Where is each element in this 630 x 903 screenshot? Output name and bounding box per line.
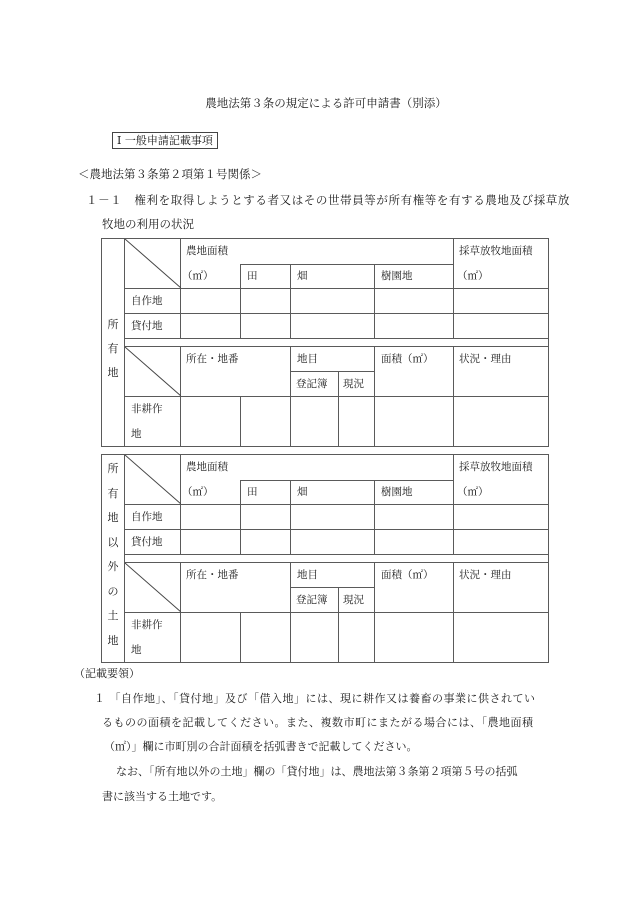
row-label-leased-out: 貸付地 bbox=[131, 537, 163, 548]
diagonal-slash-icon bbox=[125, 347, 181, 397]
subsection-heading: ＜農地法第３条第２項第１号関係＞ bbox=[78, 169, 262, 181]
header-status-reason: 状況・理由 bbox=[459, 570, 512, 581]
header-registry: 登記簿 bbox=[296, 595, 328, 606]
note-1-line-1: １ 「自作地」、「貸付地」及び「借入地」には、現に耕作又は養畜の事業に供されてい bbox=[94, 693, 536, 704]
row-label-self-cultivated: 自作地 bbox=[131, 512, 163, 523]
header-upland-field: 畑 bbox=[297, 271, 308, 282]
note-1-line-3: （㎡）」欄に市町別の合計面積を括弧書きで記載してください。 bbox=[104, 741, 418, 752]
header-pasture-area: 採草放牧地面積 bbox=[459, 246, 533, 257]
row-label-self-cultivated: 自作地 bbox=[131, 296, 163, 307]
header-pasture-unit: （㎡） bbox=[457, 487, 489, 498]
header-status-reason: 状況・理由 bbox=[459, 354, 512, 365]
owned-land-table: 所 有 地 農地面積 （㎡） 田 畑 樹園地 採草放牧地面積 （㎡） 自作地 貸… bbox=[101, 238, 549, 447]
row-label-non-cultivated-cont: 地 bbox=[131, 645, 142, 656]
non-owned-land-table: 所 有 地 以 外 の 土 地 農地面積 （㎡） 田 畑 樹園地 採草放牧地面積… bbox=[101, 454, 549, 663]
row-label-leased-out: 貸付地 bbox=[131, 321, 163, 332]
header-unit: （㎡） bbox=[182, 487, 214, 498]
header-unit: （㎡） bbox=[182, 271, 214, 282]
header-pasture-unit: （㎡） bbox=[457, 271, 489, 282]
note-number: １ bbox=[94, 692, 106, 705]
group-label-non-owned: 所 有 地 以 外 の 土 地 bbox=[102, 463, 124, 659]
header-location-lot: 所在・地番 bbox=[186, 570, 239, 581]
header-land-category: 地目 bbox=[297, 570, 318, 581]
diagonal-slash-icon bbox=[125, 563, 181, 613]
header-rice-paddy: 田 bbox=[247, 487, 258, 498]
header-actual: 現況 bbox=[343, 595, 364, 606]
header-land-category: 地目 bbox=[297, 354, 318, 365]
group-label-owned: 所 有 地 bbox=[102, 319, 124, 391]
header-location-lot: 所在・地番 bbox=[186, 354, 239, 365]
header-farmland-area: 農地面積 bbox=[186, 246, 228, 257]
header-upland-field: 畑 bbox=[297, 487, 308, 498]
diagonal-slash-icon bbox=[125, 239, 181, 289]
header-actual: 現況 bbox=[343, 379, 364, 390]
section-heading: Ⅰ 一般申請記載事項 bbox=[112, 132, 218, 149]
item-1-1-heading-cont: 牧地の利用の状況 bbox=[102, 219, 194, 231]
note-1-line-2: るものの面積を記載してください。また、複数市町にまたがる場合には、「農地面積 bbox=[102, 717, 534, 728]
header-registry: 登記簿 bbox=[296, 379, 328, 390]
header-rice-paddy: 田 bbox=[247, 271, 258, 282]
item-1-1-heading: １－１ 権利を取得しようとする者又はその世帯員等が所有権等を有する農地及び採草放 bbox=[86, 195, 570, 207]
note-1-line-5: 書に該当する土地です。 bbox=[102, 791, 222, 802]
document-title: 農地法第３条の規定による許可申請書（別添） bbox=[0, 98, 630, 110]
header-orchard: 樹園地 bbox=[381, 271, 413, 282]
note-1-line-4: なお、「所有地以外の土地」欄の「貸付地」は、農地法第３条第２項第５号の括弧 bbox=[116, 766, 518, 777]
notes-heading: （記載要領） bbox=[74, 668, 140, 679]
row-label-non-cultivated-cont: 地 bbox=[131, 429, 142, 440]
header-orchard: 樹園地 bbox=[381, 487, 413, 498]
header-farmland-area: 農地面積 bbox=[186, 462, 228, 473]
row-label-non-cultivated: 非耕作 bbox=[131, 620, 163, 631]
diagonal-slash-icon bbox=[125, 455, 181, 505]
header-area: 面積（㎡） bbox=[381, 354, 434, 365]
header-area: 面積（㎡） bbox=[381, 570, 434, 581]
header-pasture-area: 採草放牧地面積 bbox=[459, 462, 533, 473]
row-label-non-cultivated: 非耕作 bbox=[131, 404, 163, 415]
